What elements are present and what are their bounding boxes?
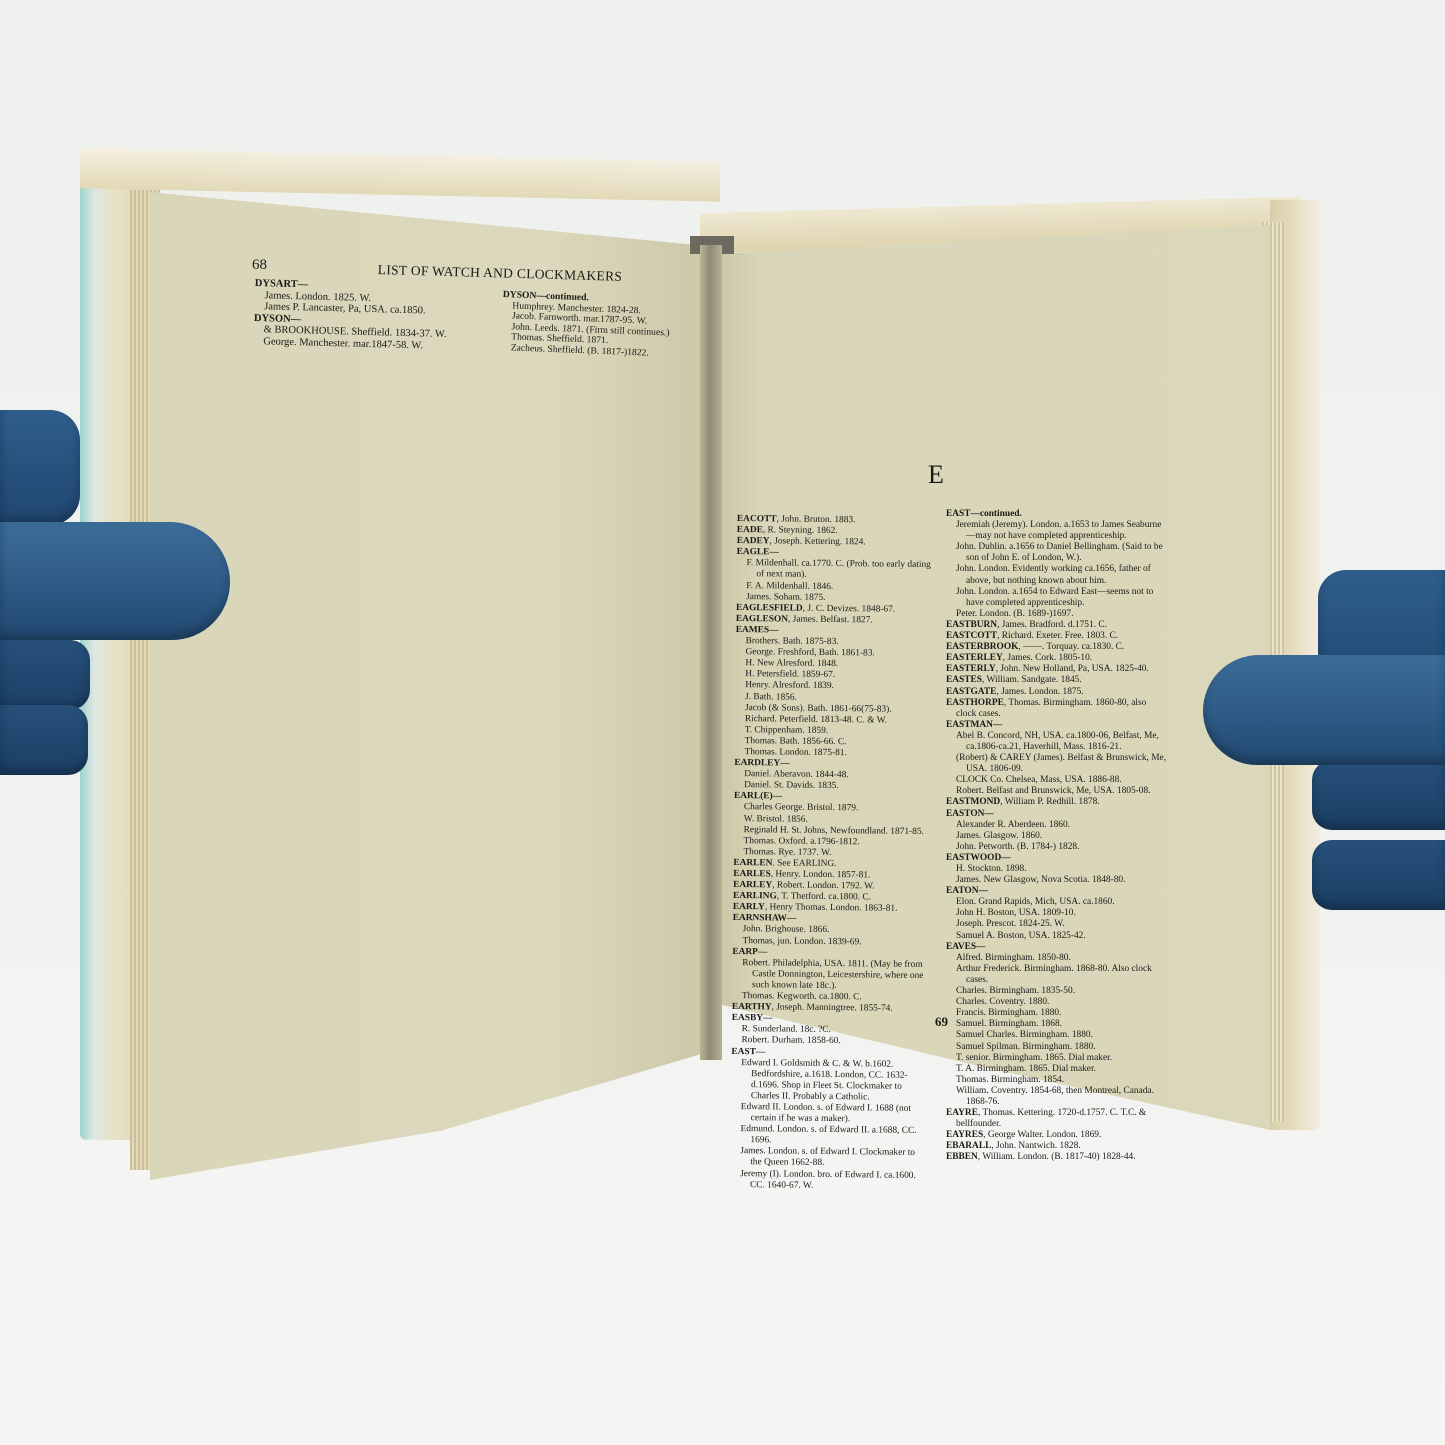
entry-line: EASTES, William. Sandgate. 1845. <box>946 675 1168 686</box>
entry-line: Charles. Birmingham. 1835-50. <box>946 986 1168 997</box>
entry-line: Alexander R. Aberdeen. 1860. <box>946 820 1168 831</box>
entry-line: Elon. Grand Rapids, Mich, USA. ca.1860. <box>946 897 1168 908</box>
entry-line: John. Petworth. (B. 1784-) 1828. <box>946 842 1168 853</box>
left-glove-finger <box>0 640 90 710</box>
entry-heading: EASTON— <box>946 809 1168 820</box>
left-glove-thumb <box>0 522 230 640</box>
entry-line: John. London. a.1654 to Edward East—seem… <box>946 587 1168 609</box>
entry-line: William. Coventry. 1854-68, then Montrea… <box>946 1086 1168 1108</box>
entry-line: Charles. Coventry. 1880. <box>946 997 1168 1008</box>
entry-line: EBBEN, William. London. (B. 1817-40) 182… <box>946 1152 1168 1163</box>
entry-line: Thomas. Birmingham. 1854. <box>946 1075 1168 1086</box>
entry-line: James. New Glasgow, Nova Scotia. 1848-80… <box>946 875 1168 886</box>
right-glove-finger <box>1312 840 1445 910</box>
entry-line: Arthur Frederick. Birmingham. 1868-80. A… <box>946 964 1168 986</box>
entry-line: EASTERBROOK, ——. Torquay. ca.1830. C. <box>946 642 1168 653</box>
entry-line: EASTERLY, John. New Holland, Pa, USA. 18… <box>946 664 1168 675</box>
dust-jacket-top-left <box>80 148 720 201</box>
entry-line: John H. Boston, USA. 1809-10. <box>946 908 1168 919</box>
entry-line: EASTBURN, James. Bradford. d.1751. C. <box>946 620 1168 631</box>
entry-line: Robert. Philadelphia, USA. 1811. (May be… <box>732 958 928 993</box>
right-glove-finger <box>1312 760 1445 830</box>
entry-line: EASTCOTT, Richard. Exeter. Free. 1803. C… <box>946 631 1168 642</box>
entry-line: Jeremy (I). London. bro. of Edward I. ca… <box>730 1168 926 1192</box>
left-glove-fingers <box>0 410 80 525</box>
section-letter-heading: E <box>928 460 944 490</box>
entry-line: EASTHORPE, Thomas. Birmingham. 1860-80, … <box>946 698 1168 720</box>
entry-line: John. London. Evidently working ca.1656,… <box>946 564 1168 586</box>
left-page-column-1: DYSART—James. London. 1825. W.James P. L… <box>253 278 495 353</box>
entry-line: James. Glasgow. 1860. <box>946 831 1168 842</box>
entry-heading: EATON— <box>946 886 1168 897</box>
entry-line: Samuel. Birmingham. 1868. <box>946 1019 1168 1030</box>
entry-line: Samuel A. Boston, USA. 1825-42. <box>946 931 1168 942</box>
entry-line: Edward I. Goldsmith & C. & W. b.1602. Be… <box>731 1058 927 1104</box>
entry-line: Edward II. London. s. of Edward I. 1688 … <box>731 1102 927 1126</box>
entry-line: EBARALL, John. Nantwich. 1828. <box>946 1141 1168 1152</box>
left-page-number: 68 <box>252 257 267 274</box>
entry-line: Samuel Charles. Birmingham. 1880. <box>946 1030 1168 1041</box>
entry-heading: EAVES— <box>946 942 1168 953</box>
entry-line: H. Stockton. 1898. <box>946 864 1168 875</box>
entry-line: Peter. London. (B. 1689-)1697. <box>946 609 1168 620</box>
entry-line: Robert. Belfast and Brunswick, Me, USA. … <box>946 786 1168 797</box>
entry-heading: EAST—continued. <box>946 509 1168 520</box>
entry-line: T. senior. Birmingham. 1865. Dial maker. <box>946 1053 1168 1064</box>
entry-line: Alfred. Birmingham. 1850-80. <box>946 953 1168 964</box>
entry-line: Edmund. London. s. of Edward II. a.1688,… <box>730 1124 926 1148</box>
entry-line: James. London. s. of Edward I. Clockmake… <box>730 1146 926 1170</box>
right-glove-thumb <box>1203 655 1445 765</box>
left-page-column-2: DYSON—continued.Humphrey. Manchester. 18… <box>501 290 703 361</box>
entry-line: Francis. Birmingham. 1880. <box>946 1008 1168 1019</box>
entry-heading: EASTMAN— <box>946 720 1168 731</box>
entry-line: EASTERLEY, James. Cork. 1805-10. <box>946 653 1168 664</box>
entry-line: CLOCK Co. Chelsea, Mass, USA. 1886-88. <box>946 775 1168 786</box>
left-glove-finger <box>0 705 88 775</box>
book-gutter <box>700 245 722 1060</box>
entry-line: EASTGATE, James. London. 1875. <box>946 687 1168 698</box>
entry-line: John. Dublin. a.1656 to Daniel Bellingha… <box>946 542 1168 564</box>
right-page-column-1: EACOTT, John. Bruton. 1883.EADE, R. Stey… <box>730 514 933 1193</box>
entry-line: Joseph. Prescot. 1824-25. W. <box>946 919 1168 930</box>
entry-line: Abel B. Concord, NH, USA. ca.1800-06, Be… <box>946 731 1168 753</box>
entry-line: EASTMOND, William P. Redhill. 1878. <box>946 797 1168 808</box>
entry-line: Jeremiah (Jeremy). London. a.1653 to Jam… <box>946 520 1168 542</box>
entry-line: (Robert) & CAREY (James). Belfast & Brun… <box>946 753 1168 775</box>
entry-heading: EASTWOOD— <box>946 853 1168 864</box>
entry-line: F. Mildenhall. ca.1770. C. (Prob. too ea… <box>736 558 932 582</box>
entry-line: EAYRE, Thomas. Kettering. 1720-d.1757. C… <box>946 1108 1168 1130</box>
right-page-column-2: EAST—continued.Jeremiah (Jeremy). London… <box>946 509 1168 1164</box>
entry-line: EAYRES, George Walter. London. 1869. <box>946 1130 1168 1141</box>
entry-line: Samuel Spilman. Birmingham. 1880. <box>946 1042 1168 1053</box>
entry-line: T. A. Birmingham. 1865. Dial maker. <box>946 1064 1168 1075</box>
right-page-number: 69 <box>935 1014 948 1030</box>
